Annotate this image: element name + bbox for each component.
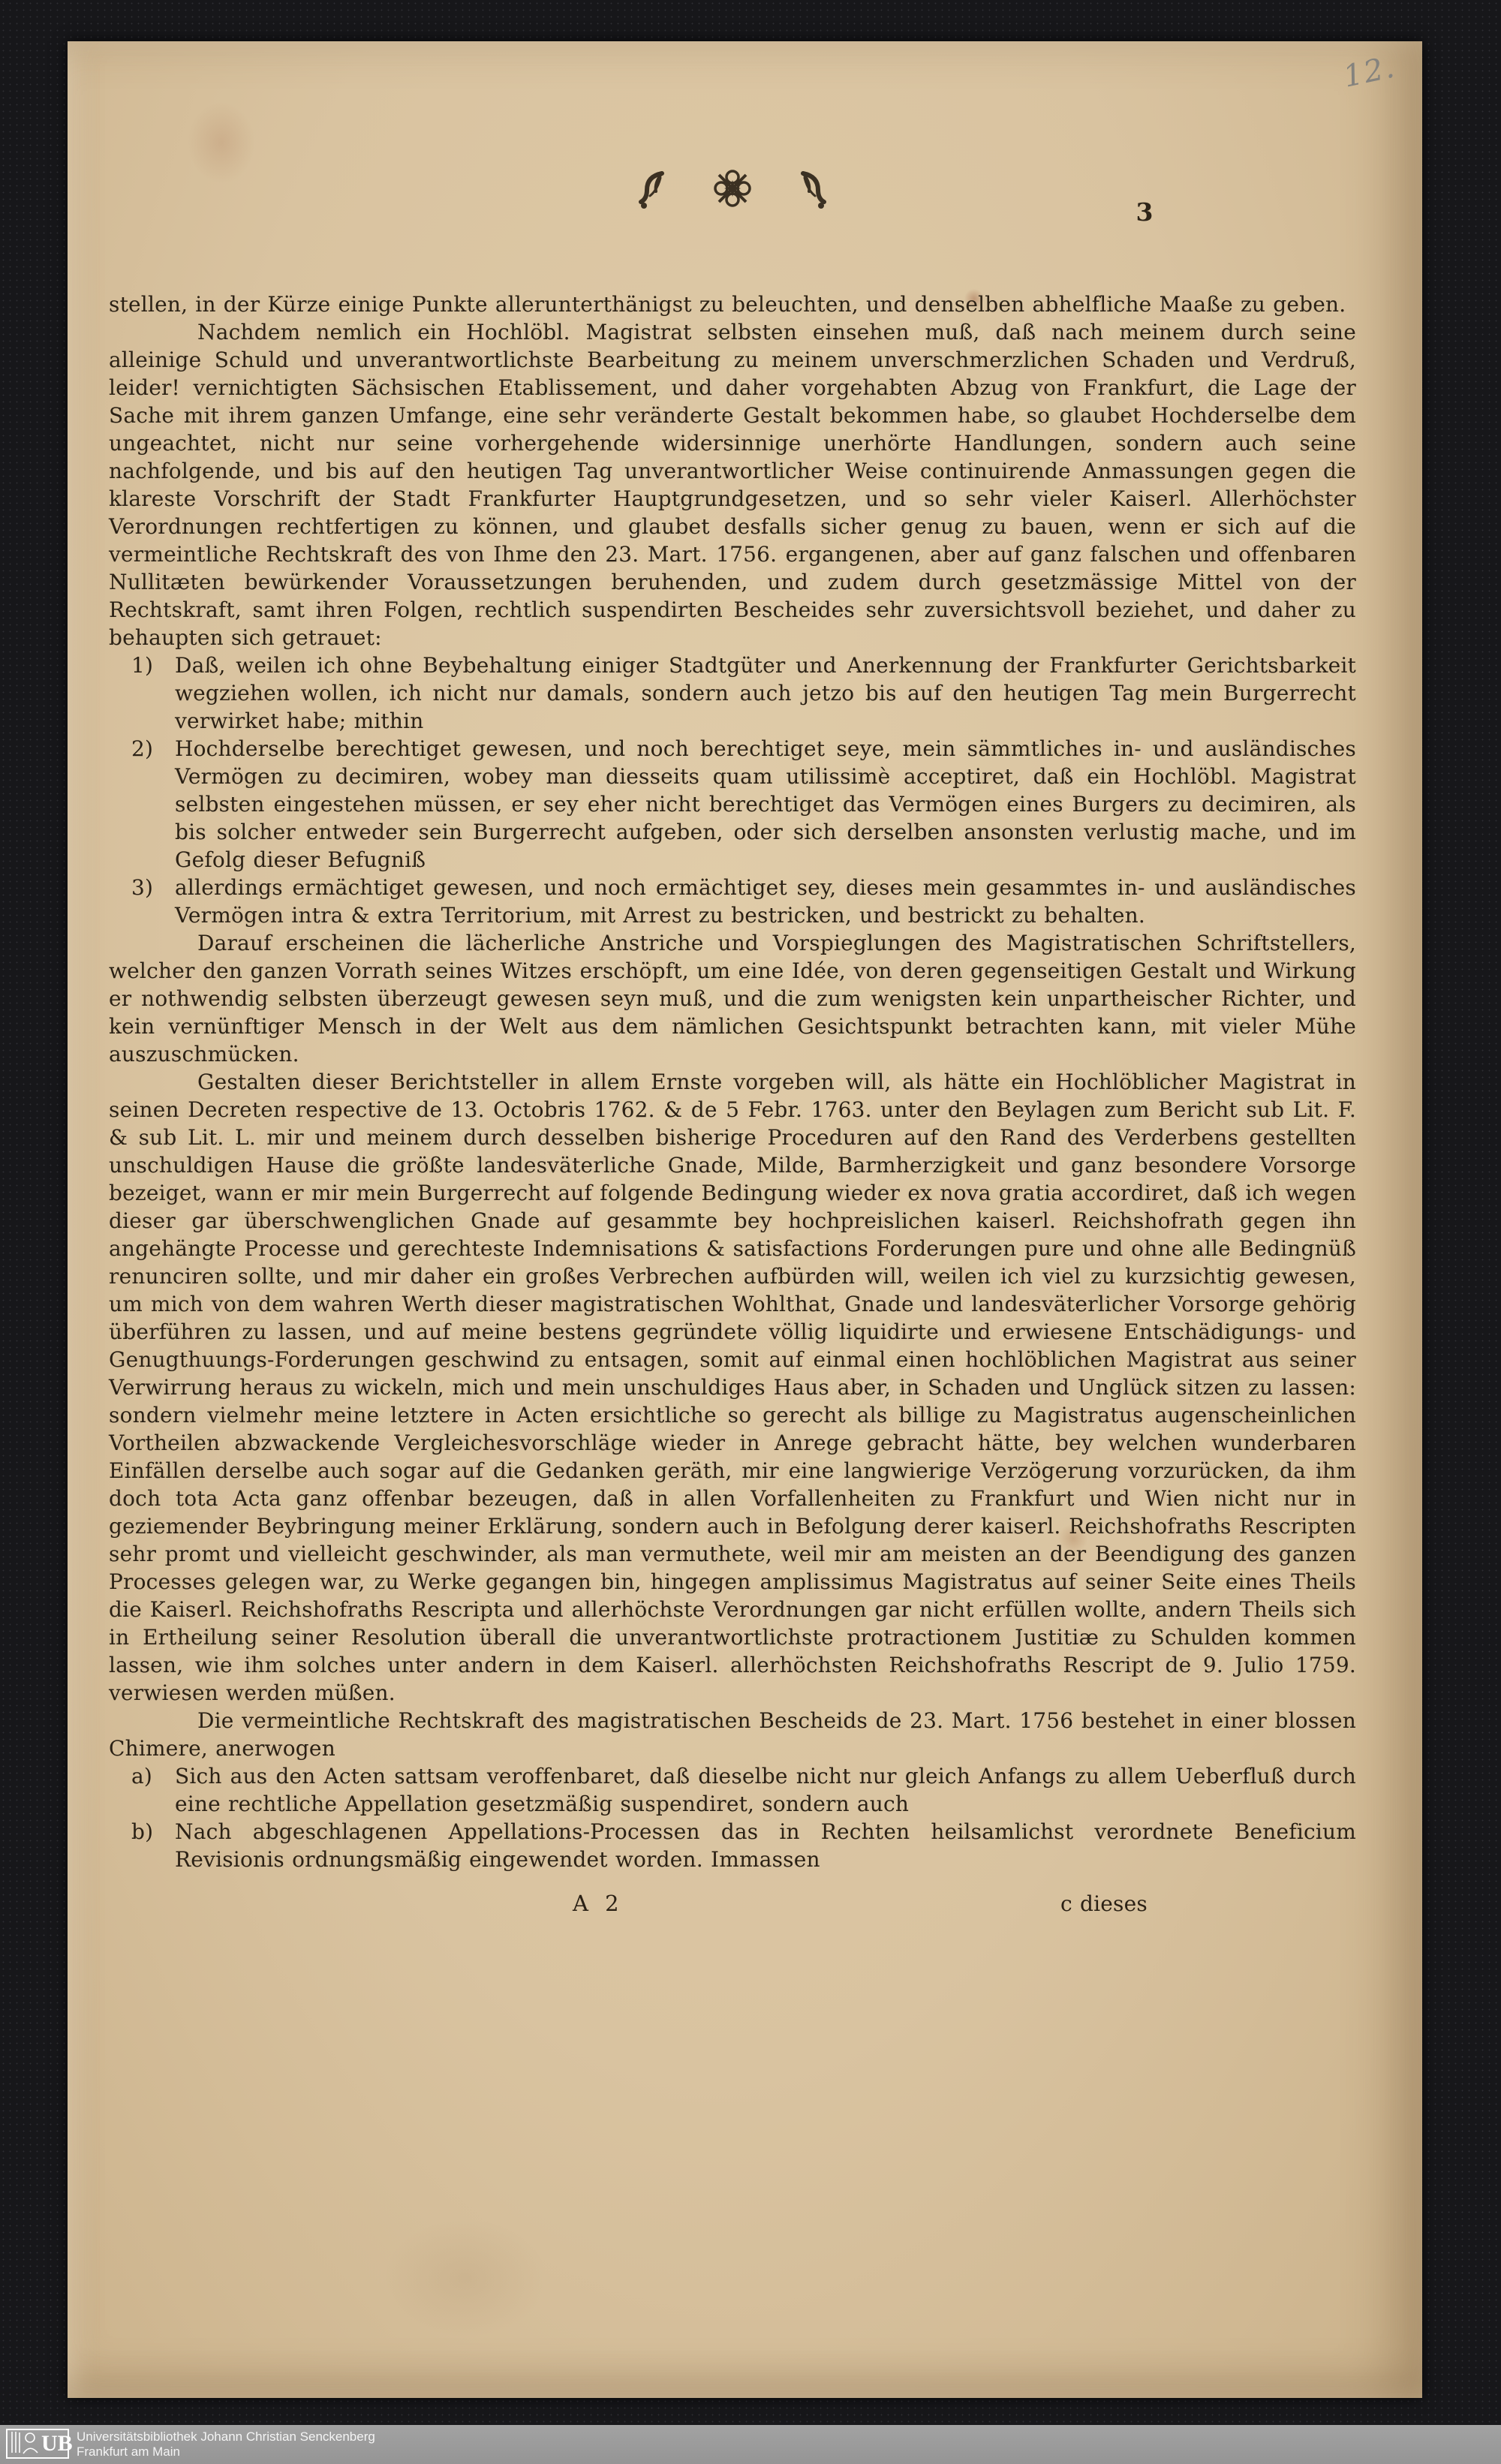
ub-logo-text: UB [41, 2432, 73, 2455]
paragraph-gestalten: Gestalten dieser Berichtsteller in allem… [109, 1068, 1356, 1707]
list-item: 3) allerdings ermächtiget gewesen, und n… [109, 874, 1356, 929]
library-attribution: Universitätsbibliothek Johann Christian … [77, 2429, 375, 2459]
list-item-text: Hochderselbe berechtiget gewesen, und no… [175, 736, 1356, 872]
paragraph-opening: stellen, in der Kürze einige Punkte alle… [109, 290, 1356, 318]
book-spines-portrait-icon [10, 2430, 40, 2457]
list-marker: b) [131, 1818, 153, 1846]
paragraph-rechtskraft: Die vermeintliche Rechtskraft des magist… [109, 1707, 1356, 1762]
handwritten-foliation-note: 12. [1340, 50, 1399, 94]
list-item-text: allerdings ermächtiget gewesen, und noch… [175, 875, 1356, 928]
library-city: Frankfurt am Main [77, 2444, 375, 2459]
gathering-signature: A 2 [573, 1890, 624, 1918]
scanned-document-view: 12. [0, 0, 1501, 2464]
page-number: 3 [1122, 197, 1167, 227]
library-name: Universitätsbibliothek Johann Christian … [77, 2429, 375, 2444]
paper-stain [383, 2218, 548, 2338]
page-body: stellen, in der Kürze einige Punkte alle… [109, 290, 1356, 1923]
list-item-text: Sich aus den Acten sattsam veroffenbaret… [175, 1764, 1356, 1816]
list-marker: 3) [131, 874, 153, 901]
paragraph-darauf: Darauf erscheinen die lächerliche Anstri… [109, 929, 1356, 1068]
header-ornament [109, 167, 1356, 209]
catchword: c dieses [1060, 1890, 1148, 1918]
list-item: 2) Hochderselbe berechtiget gewesen, und… [109, 735, 1356, 874]
fleuron-right-icon [797, 170, 830, 209]
list-item-text: Nach abgeschlagenen Appellations-Process… [175, 1819, 1356, 1872]
list-marker: 2) [131, 735, 153, 763]
list-item-text: Daß, weilen ich ohne Beybehaltung einige… [175, 653, 1356, 733]
book-page: 12. [68, 41, 1422, 2398]
list-item: a) Sich aus den Acten sattsam veroffenba… [109, 1762, 1356, 1818]
library-footer-band: UB Universitätsbibliothek Johann Christi… [0, 2425, 1501, 2464]
library-logo: UB [6, 2429, 69, 2459]
rosette-icon [711, 167, 754, 209]
fleuron-left-icon [635, 170, 668, 209]
list-marker: 1) [131, 651, 153, 679]
list-marker: a) [131, 1762, 152, 1790]
list-item: b) Nach abgeschlagenen Appellations-Proc… [109, 1818, 1356, 1873]
paragraph-nachdem: Nachdem nemlich ein Hochlöbl. Magistrat … [109, 318, 1356, 651]
signature-line: A 2 c dieses [109, 1890, 1356, 1923]
list-item: 1) Daß, weilen ich ohne Beybehaltung ein… [109, 651, 1356, 735]
